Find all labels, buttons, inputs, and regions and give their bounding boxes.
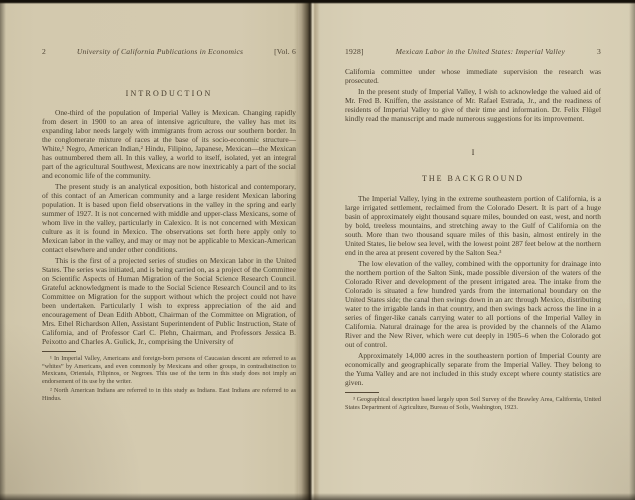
section-heading: THE BACKGROUND (345, 174, 601, 183)
paragraph: This is the first of a projected series … (42, 256, 296, 346)
right-body-text: The Imperial Valley, lying in the extrem… (345, 194, 601, 387)
chapter-heading: INTRODUCTION (42, 89, 296, 98)
left-running-title: University of California Publications in… (46, 47, 274, 57)
footnote: ¹ In Imperial Valley, Americans and fore… (42, 355, 296, 385)
paragraph: California committee under whose immedia… (345, 67, 601, 85)
footnote: ² North American Indians are referred to… (42, 387, 296, 402)
book-scan: 2 University of California Publications … (0, 0, 635, 500)
left-volume-label: [Vol. 6 (274, 47, 296, 57)
paragraph: In the present study of Imperial Valley,… (345, 87, 601, 123)
right-footnote-block: ³ Geographical description based largely… (345, 392, 601, 411)
left-running-head: 2 University of California Publications … (42, 47, 296, 57)
right-page-number: 3 (597, 47, 601, 57)
left-footnote-block: ¹ In Imperial Valley, Americans and fore… (42, 351, 296, 402)
footnote: ³ Geographical description based largely… (345, 396, 601, 411)
right-body-top: California committee under whose immedia… (345, 67, 601, 123)
section-number: I (345, 147, 601, 157)
right-page: 1928] Mexican Labor in the United States… (318, 3, 635, 500)
footnote-rule (345, 392, 379, 393)
paragraph: Approximately 14,000 acres in the southe… (345, 351, 601, 387)
paragraph: The Imperial Valley, lying in the extrem… (345, 194, 601, 257)
right-year-label: 1928] (345, 47, 364, 57)
left-page: 2 University of California Publications … (0, 3, 298, 500)
paragraph: The low elevation of the valley, combine… (345, 259, 601, 349)
paragraph: One-third of the population of Imperial … (42, 108, 296, 180)
footnote-rule (42, 351, 76, 352)
right-running-title: Mexican Labor in the United States: Impe… (364, 47, 597, 57)
left-body-text: One-third of the population of Imperial … (42, 108, 296, 346)
paragraph: The present study is an analytical expos… (42, 182, 296, 254)
right-running-head: 1928] Mexican Labor in the United States… (345, 47, 601, 57)
